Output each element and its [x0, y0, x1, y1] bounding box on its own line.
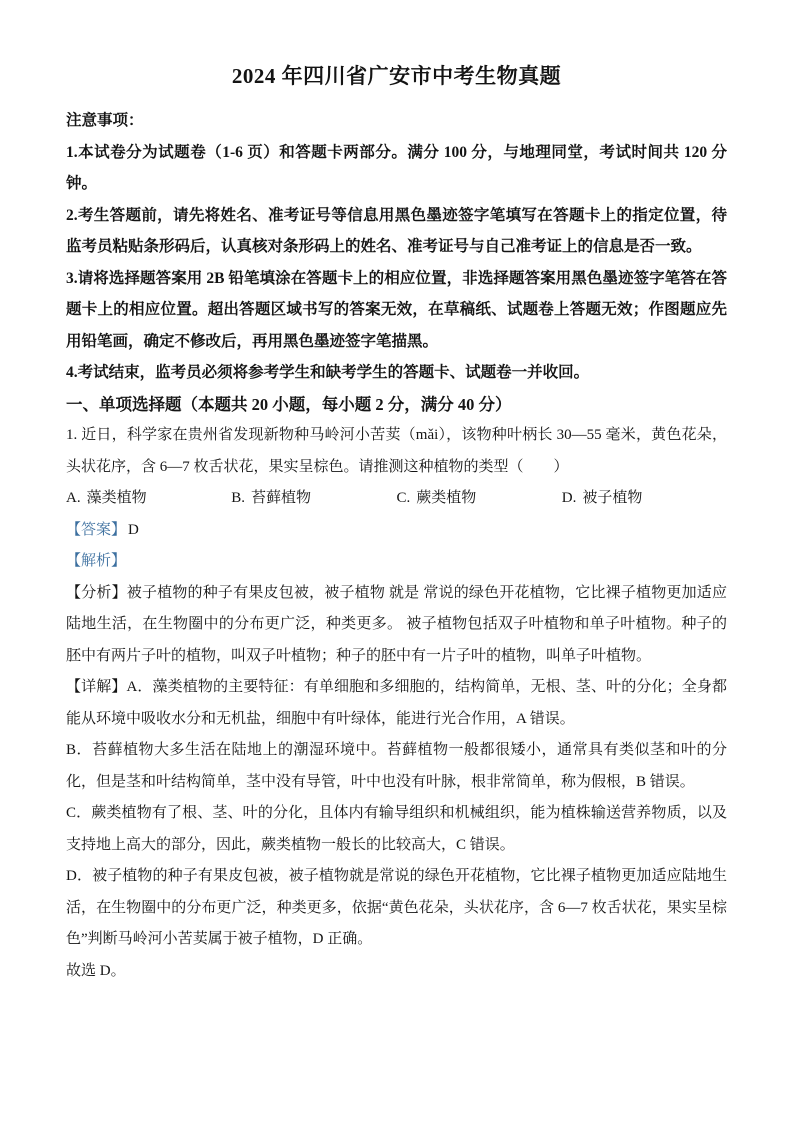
notice-heading: 注意事项： [66, 105, 727, 137]
answer-value: D [128, 522, 139, 538]
option-b-key: B. [231, 490, 245, 506]
option-a-key: A. [66, 490, 81, 506]
question-1-options: A.藻类植物 B.苔藓植物 C.蕨类植物 D.被子植物 [66, 483, 727, 515]
notice-item-2: 2.考生答题前，请先将姓名、准考证号等信息用黑色墨迹签字笔填写在答题卡上的指定位… [66, 200, 727, 263]
option-b: B.苔藓植物 [231, 483, 396, 515]
option-a: A.藻类植物 [66, 483, 231, 515]
page-title: 2024 年四川省广安市中考生物真题 [66, 60, 727, 92]
detail-paragraph-d: D．被子植物的种子有果皮包被，被子植物就是常说的绿色开花植物，它比裸子植物更加适… [66, 861, 727, 956]
conclusion-line: 故选 D。 [66, 956, 727, 988]
option-c: C.蕨类植物 [397, 483, 562, 515]
analysis-paragraph: 【分析】被子植物的种子有果皮包被，被子植物 就是 常说的绿色开花植物，它比裸子植… [66, 578, 727, 673]
section-header-multiple-choice: 一、单项选择题（本题共 20 小题，每小题 2 分，满分 40 分） [66, 389, 727, 421]
option-d: D.被子植物 [562, 483, 727, 515]
detail-paragraph-a: 【详解】A．藻类植物的主要特征：有单细胞和多细胞的，结构简单，无根、茎、叶的分化… [66, 672, 727, 735]
option-a-label: 藻类植物 [87, 490, 147, 506]
notice-item-3: 3.请将选择题答案用 2B 铅笔填涂在答题卡上的相应位置，非选择题答案用黑色墨迹… [66, 263, 727, 358]
analysis-label: 【解析】 [66, 553, 126, 569]
answer-label: 【答案】 [66, 522, 126, 538]
analysis-label-line: 【解析】 [66, 546, 727, 578]
option-d-label: 被子植物 [582, 490, 642, 506]
option-c-label: 蕨类植物 [416, 490, 476, 506]
detail-paragraph-c: C．蕨类植物有了根、茎、叶的分化，且体内有输导组织和机械组织，能为植株输送营养物… [66, 798, 727, 861]
exam-document-page: 2024 年四川省广安市中考生物真题 注意事项： 1.本试卷分为试题卷（1-6 … [0, 0, 793, 1122]
notice-item-1: 1.本试卷分为试题卷（1-6 页）和答题卡两部分。满分 100 分，与地理同堂，… [66, 137, 727, 200]
option-c-key: C. [397, 490, 411, 506]
notice-item-4: 4.考试结束，监考员必须将参考学生和缺考学生的答题卡、试题卷一并收回。 [66, 357, 727, 389]
document-content: 2024 年四川省广安市中考生物真题 注意事项： 1.本试卷分为试题卷（1-6 … [0, 0, 793, 987]
answer-line: 【答案】D [66, 515, 727, 547]
detail-paragraph-b: B．苔藓植物大多生活在陆地上的潮湿环境中。苔藓植物一般都很矮小，通常具有类似茎和… [66, 735, 727, 798]
question-1-text: 1. 近日，科学家在贵州省发现新物种马岭河小苦荬（mǎi），该物种叶柄长 30—… [66, 420, 727, 483]
option-d-key: D. [562, 490, 577, 506]
option-b-label: 苔藓植物 [251, 490, 311, 506]
